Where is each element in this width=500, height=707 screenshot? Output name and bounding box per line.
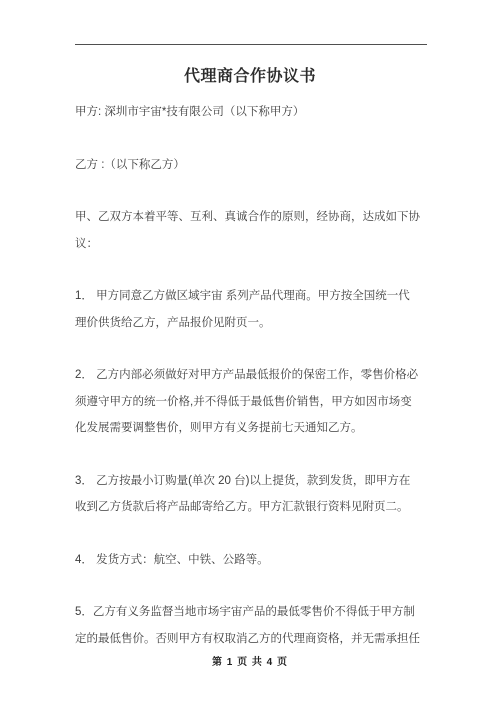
page-number-footer: 第 1 页 共 4 页: [0, 653, 500, 668]
document-body: 甲方: 深圳市宇宙*技有限公司（以下称甲方） 乙方 :（以下称乙方） 甲、乙双方…: [75, 99, 427, 678]
document-page: 代理商合作协议书 甲方: 深圳市宇宙*技有限公司（以下称甲方） 乙方 :（以下称…: [0, 0, 500, 707]
paragraph-clause-3: 3． 乙方按最小订购量(单次 20 台)以上提货，款到发货，即甲方在 收到乙方货…: [75, 468, 427, 521]
paragraph-party-a: 甲方: 深圳市宇宙*技有限公司（以下称甲方）: [75, 99, 427, 126]
paragraph-preamble: 甲、乙双方本着平等、互利、真诚合作的原则，经协商，达成如下协 议：: [75, 204, 427, 257]
paragraph-clause-1: 1． 甲方同意乙方做区域宇宙 系列产品代理商。甲方按全国统一代 理价供货给乙方，…: [75, 283, 427, 336]
paragraph-party-b: 乙方 :（以下称乙方）: [75, 152, 427, 179]
header-divider-line: [75, 44, 427, 45]
paragraph-clause-5: 5．乙方有义务监督当地市场宇宙产品的最低零售价不得低于甲方制 定的最低售价。否则…: [75, 599, 427, 652]
document-title: 代理商合作协议书: [0, 63, 500, 86]
paragraph-clause-4: 4． 发货方式：航空、中铁、公路等。: [75, 547, 427, 574]
paragraph-clause-2: 2． 乙方内部必须做好对甲方产品最低报价的保密工作，零售价格必 须遵守甲方的统一…: [75, 362, 427, 442]
